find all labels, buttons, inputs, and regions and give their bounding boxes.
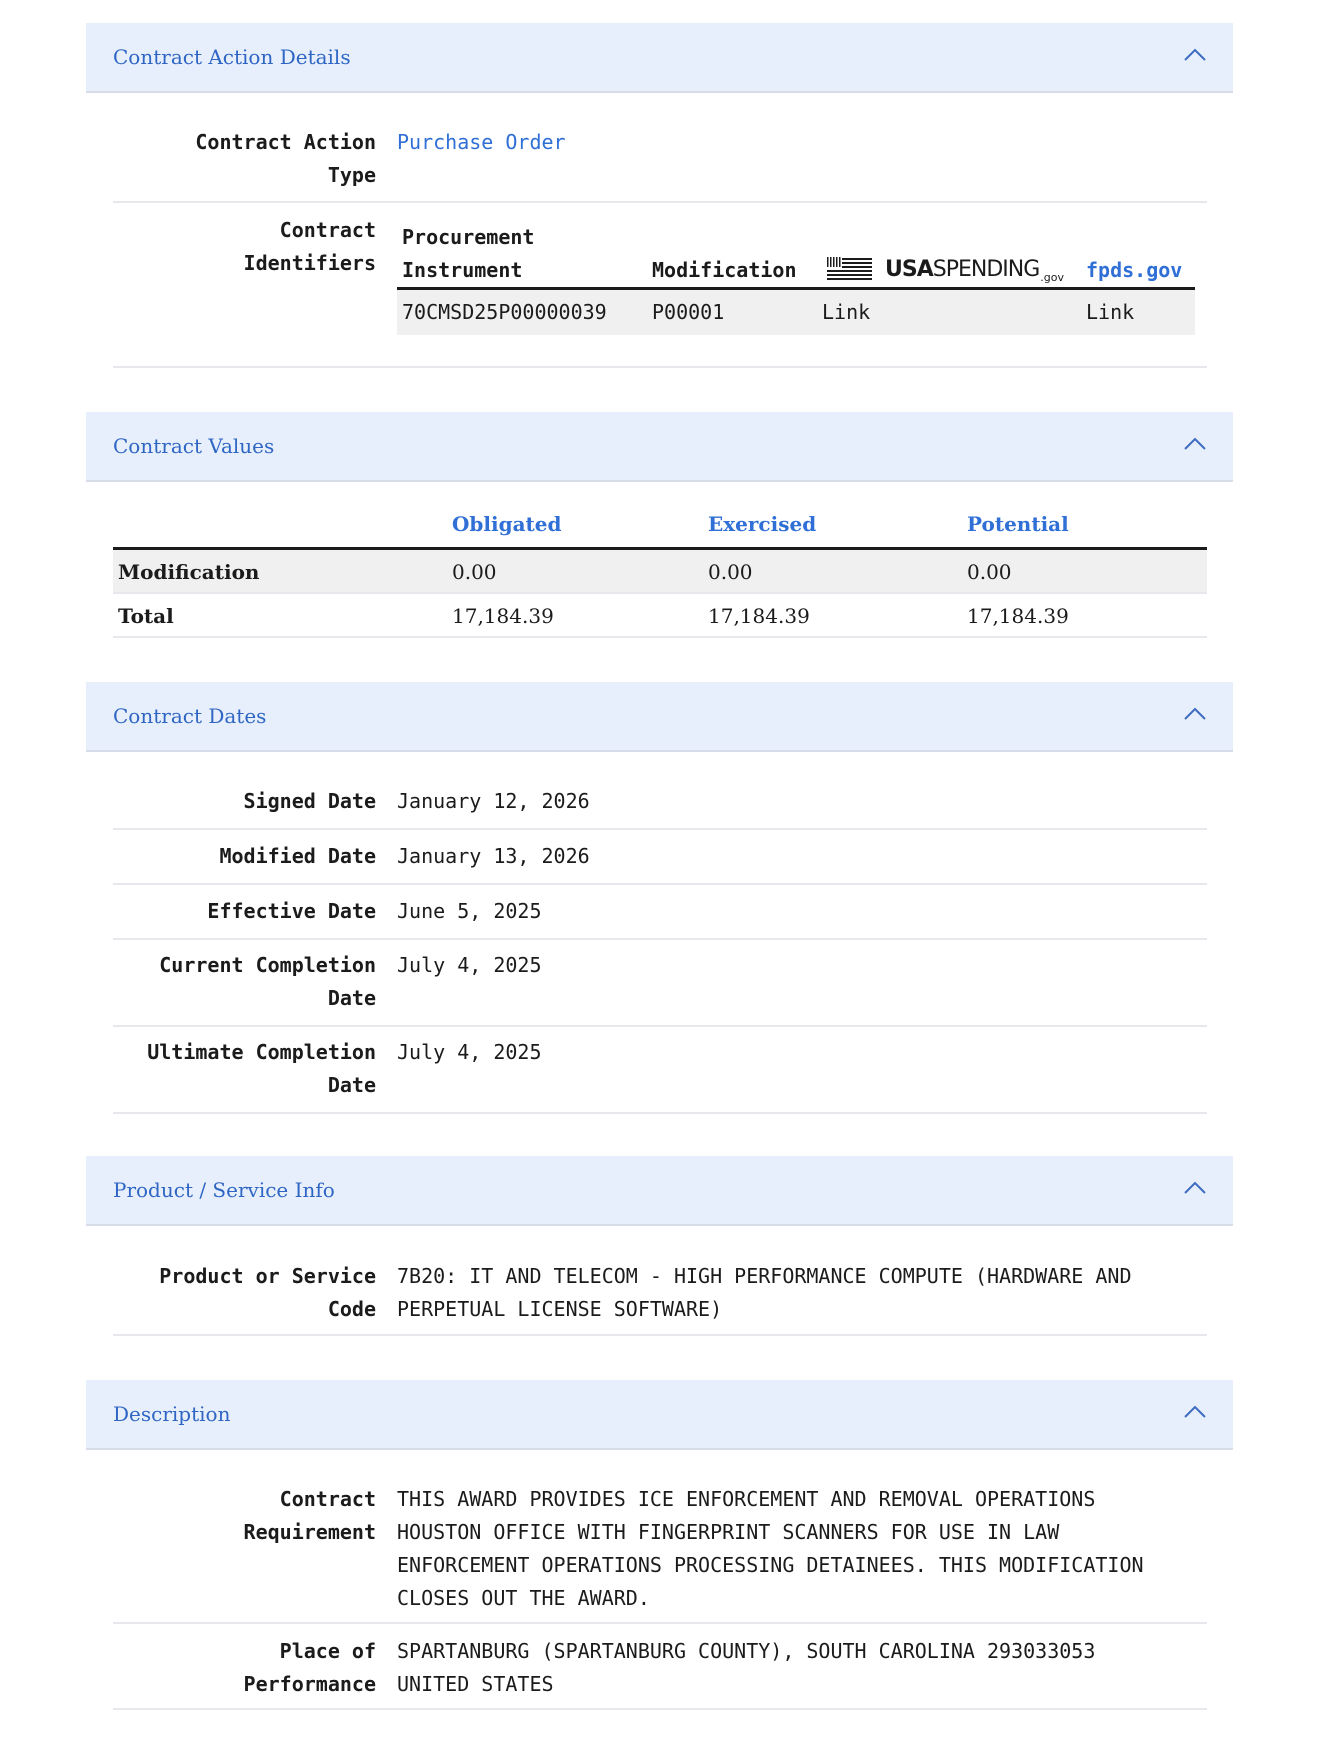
- field-label: Product or Service Code: [113, 1260, 376, 1326]
- col-potential: Potential: [967, 512, 1069, 536]
- section-header-contract-action-details[interactable]: Contract Action Details: [86, 23, 1233, 93]
- col-obligated: Obligated: [452, 512, 562, 536]
- chevron-up-icon[interactable]: [1184, 707, 1206, 721]
- row-contract-requirement: Contract Requirement THIS AWARD PROVIDES…: [113, 1483, 1207, 1624]
- table-row: Modification 0.00 0.00 0.00: [113, 550, 1207, 594]
- col-fpds: fpds.gov: [1086, 254, 1182, 287]
- field-label: Signed Date: [113, 785, 376, 818]
- field-label: Place of Performance: [113, 1635, 376, 1701]
- row-label: Total: [118, 594, 174, 638]
- table-row: Total 17,184.39 17,184.39 17,184.39: [113, 594, 1207, 638]
- usaspending-logo: USASPENDING.gov: [825, 255, 1064, 283]
- section-header-product-service-info[interactable]: Product / Service Info: [86, 1156, 1233, 1226]
- field-label: Contract Identifiers: [113, 214, 376, 280]
- field-value: THIS AWARD PROVIDES ICE ENFORCEMENT AND …: [397, 1483, 1147, 1615]
- row-label: Modification: [118, 550, 259, 594]
- chevron-up-icon[interactable]: [1184, 48, 1206, 62]
- field-label: Contract Action Type: [113, 126, 376, 192]
- row-place-of-performance: Place of Performance SPARTANBURG (SPARTA…: [113, 1624, 1207, 1710]
- field-value: June 5, 2025: [397, 895, 1197, 928]
- value-exercised: 0.00: [708, 550, 753, 594]
- modification-number: P00001: [652, 290, 724, 335]
- table-row: 70CMSD25P00000039 P00001 Link Link: [397, 290, 1195, 335]
- usaspending-link[interactable]: Link: [822, 290, 870, 335]
- field-value: 7B20: IT AND TELECOM - HIGH PERFORMANCE …: [397, 1260, 1207, 1326]
- field-label: Modified Date: [113, 840, 376, 873]
- row-product-service-code: Product or Service Code 7B20: IT AND TEL…: [113, 1260, 1207, 1336]
- chevron-up-icon[interactable]: [1184, 1181, 1206, 1195]
- values-table-header: Obligated Exercised Potential: [113, 506, 1207, 550]
- chevron-up-icon[interactable]: [1184, 437, 1206, 451]
- section-title: Product / Service Info: [113, 1156, 335, 1224]
- value-obligated: 0.00: [452, 550, 497, 594]
- value-potential: 17,184.39: [967, 594, 1069, 638]
- col-procurement-instrument: Procurement Instrument: [402, 221, 552, 287]
- row-signed-date: Signed Date January 12, 2026: [113, 785, 1207, 830]
- col-exercised: Exercised: [708, 512, 816, 536]
- row-current-completion-date: Current Completion Date July 4, 2025: [113, 940, 1207, 1027]
- section-header-description[interactable]: Description: [86, 1380, 1233, 1450]
- value-obligated: 17,184.39: [452, 594, 554, 638]
- section-title: Contract Values: [113, 412, 274, 480]
- contract-action-type-link[interactable]: Purchase Order: [397, 126, 1197, 159]
- section-title: Contract Action Details: [113, 23, 351, 91]
- field-value: January 12, 2026: [397, 785, 1197, 818]
- field-value: January 13, 2026: [397, 840, 1197, 873]
- row-contract-action-type: Contract Action Type Purchase Order: [113, 126, 1207, 203]
- section-title: Contract Dates: [113, 682, 266, 750]
- row-effective-date: Effective Date June 5, 2025: [113, 885, 1207, 940]
- usaspending-flag-icon: [825, 256, 875, 282]
- field-label: Effective Date: [113, 895, 376, 928]
- col-modification: Modification: [652, 254, 797, 287]
- field-value: SPARTANBURG (SPARTANBURG COUNTY), SOUTH …: [397, 1635, 1147, 1701]
- row-ultimate-completion-date: Ultimate Completion Date July 4, 2025: [113, 1027, 1207, 1114]
- procurement-instrument-link[interactable]: 70CMSD25P00000039: [402, 290, 607, 335]
- row-modified-date: Modified Date January 13, 2026: [113, 830, 1207, 885]
- section-header-contract-values[interactable]: Contract Values: [86, 412, 1233, 482]
- value-potential: 0.00: [967, 550, 1012, 594]
- field-label: Ultimate Completion Date: [113, 1036, 376, 1102]
- field-value: July 4, 2025: [397, 1036, 1197, 1069]
- section-title: Description: [113, 1380, 230, 1448]
- identifiers-table-header: Procurement Instrument Modification USAS…: [397, 218, 1195, 290]
- field-label: Contract Requirement: [113, 1483, 376, 1549]
- section-header-contract-dates[interactable]: Contract Dates: [86, 682, 1233, 752]
- field-label: Current Completion Date: [113, 949, 376, 1015]
- value-exercised: 17,184.39: [708, 594, 810, 638]
- field-value: July 4, 2025: [397, 949, 1197, 982]
- chevron-up-icon[interactable]: [1184, 1405, 1206, 1419]
- usaspending-wordmark: USASPENDING.gov: [885, 257, 1064, 282]
- fpds-link[interactable]: Link: [1086, 290, 1134, 335]
